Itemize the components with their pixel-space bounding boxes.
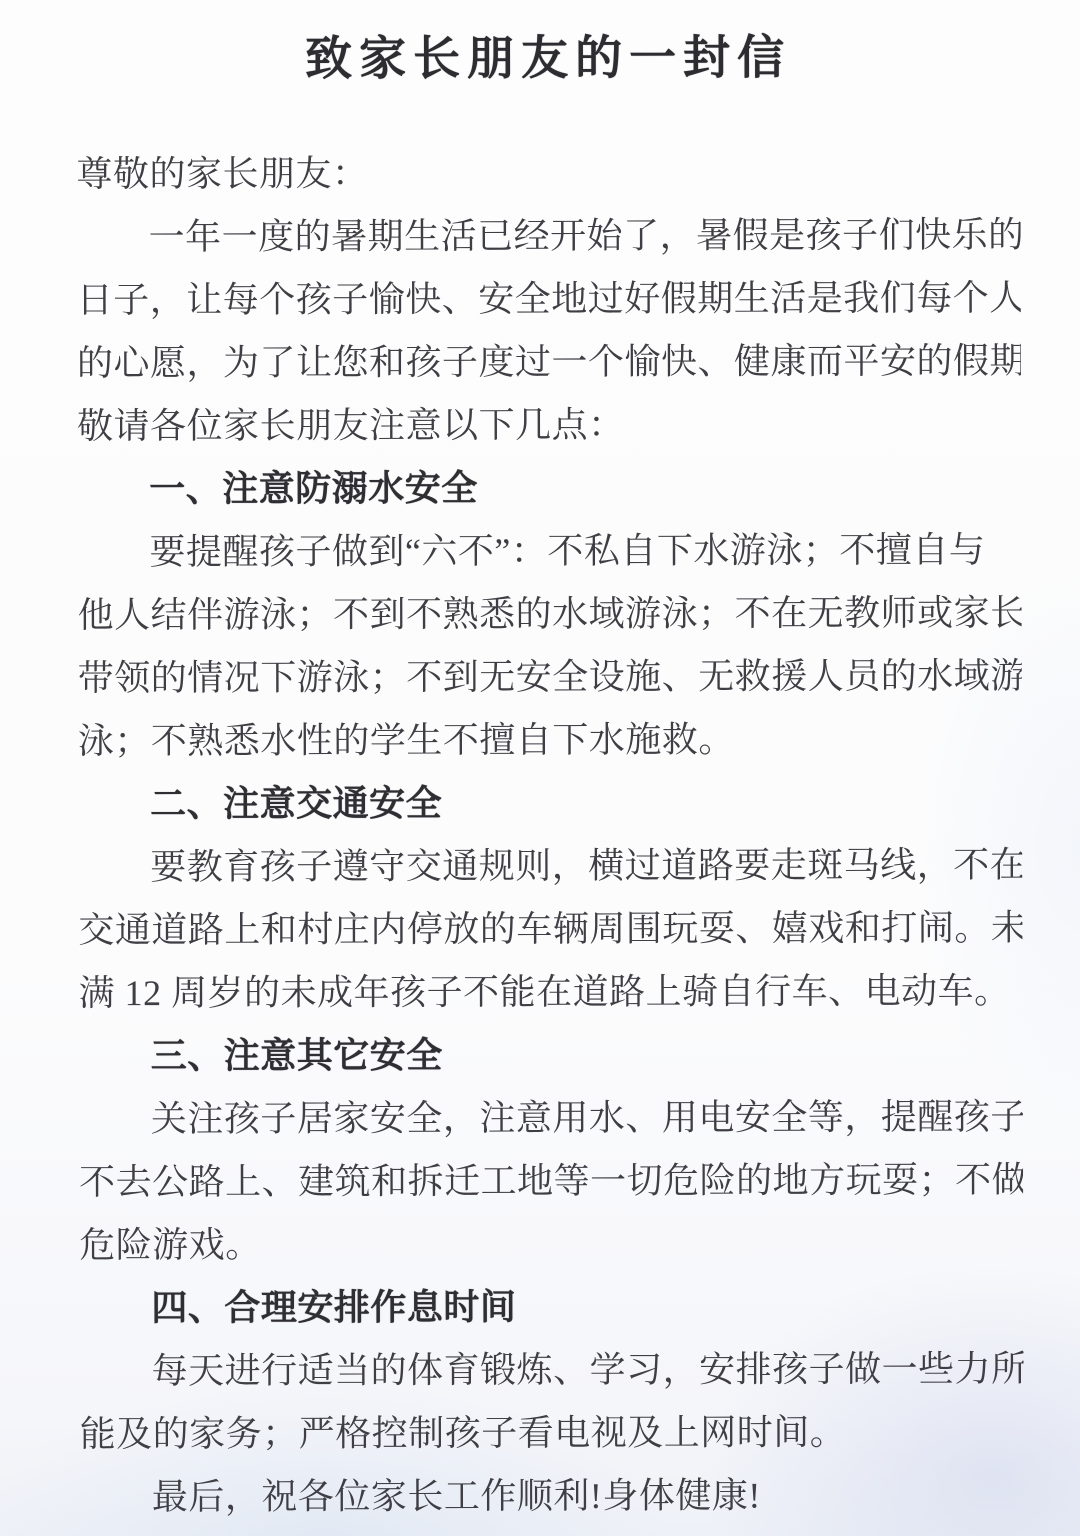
section-line: 泳；不熟悉水性的学生不擅自下水施救。 — [78, 708, 1022, 773]
section-line: 他人结伴游泳；不到不熟悉的水域游泳；不在无教师或家长 — [77, 582, 1021, 647]
section-line: 不去公路上、建筑和拆迁工地等一切危险的地方玩耍；不做 — [79, 1149, 1023, 1214]
section-line: 要教育孩子遵守交通规则，横过道路要走斑马线，不在 — [78, 834, 1022, 899]
intro-line: 的心愿，为了让您和孩子度过一个愉快、健康而平安的假期， — [77, 330, 1021, 395]
letter-page: 致家长朋友的一封信 尊敬的家长朋友： 一年一度的暑期生活已经开始了，暑假是孩子们… — [0, 0, 1080, 1536]
section-line: 关注孩子居家安全，注意用水、用电安全等，提醒孩子 — [79, 1086, 1023, 1151]
section-heading: 二、注意交通安全 — [78, 771, 1022, 836]
closing-line: 最后，祝各位家长工作顺利!身体健康! — [80, 1464, 1024, 1529]
section-heading: 三、注意其它安全 — [79, 1023, 1023, 1088]
section-line: 带领的情况下游泳；不到无安全设施、无救援人员的水域游 — [78, 645, 1022, 710]
section-line: 交通道路上和村庄内停放的车辆周围玩耍、嬉戏和打闹。未 — [78, 897, 1022, 962]
section-line: 满 12 周岁的未成年孩子不能在道路上骑自行车、电动车。 — [78, 960, 1022, 1025]
section-line: 要提醒孩子做到“六不”：不私自下水游泳；不擅自与 — [77, 519, 1021, 584]
intro-line: 一年一度的暑期生活已经开始了，暑假是孩子们快乐的 — [77, 204, 1021, 269]
letter-body: 一年一度的暑期生活已经开始了，暑假是孩子们快乐的日子，让每个孩子愉快、安全地过好… — [77, 204, 1024, 1529]
section-heading: 一、注意防溺水安全 — [77, 456, 1021, 521]
section-heading: 四、合理安排作息时间 — [79, 1275, 1023, 1340]
letter-content: 致家长朋友的一封信 尊敬的家长朋友： 一年一度的暑期生活已经开始了，暑假是孩子们… — [76, 25, 1024, 1529]
intro-line: 日子，让每个孩子愉快、安全地过好假期生活是我们每个人 — [77, 267, 1021, 332]
section-line: 每天进行适当的体育锻炼、学习，安排孩子做一些力所 — [79, 1338, 1023, 1403]
section-line: 危险游戏。 — [79, 1212, 1023, 1277]
salutation: 尊敬的家长朋友： — [76, 141, 1020, 206]
intro-line: 敬请各位家长朋友注意以下几点： — [77, 393, 1021, 458]
section-line: 能及的家务；严格控制孩子看电视及上网时间。 — [80, 1401, 1024, 1466]
document-title: 致家长朋友的一封信 — [76, 25, 1020, 93]
